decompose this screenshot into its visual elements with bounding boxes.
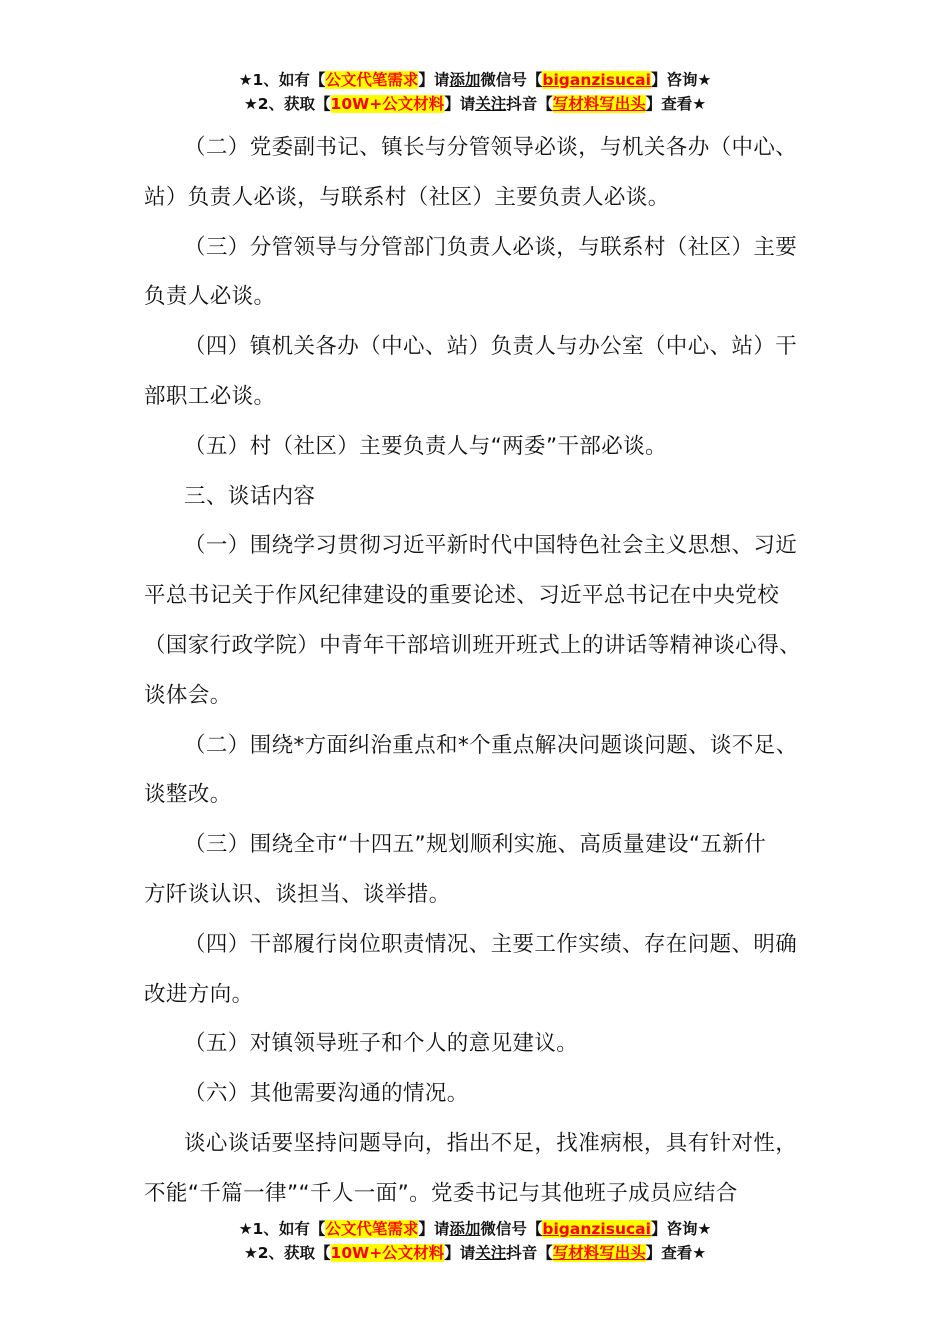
- banner-line-2: ★2、获取【10W+公文材料】请关注抖音【写材料写出头】查看★: [0, 92, 950, 116]
- highlight-materials: 10W+公文材料: [331, 1244, 445, 1262]
- banner-text: ★2、获取【: [244, 95, 331, 113]
- header-banner: ★1、如有【公文代笔需求】请添加微信号【biganzisucai】咨询★ ★2、…: [0, 68, 950, 116]
- banner-text: 微信号【: [480, 1220, 542, 1238]
- banner-line-1: ★1、如有【公文代笔需求】请添加微信号【biganzisucai】咨询★: [0, 1217, 950, 1241]
- banner-text: ★1、如有【: [239, 1220, 326, 1238]
- wechat-id-link[interactable]: biganzisucai: [542, 1220, 651, 1238]
- banner-text: 抖音【: [506, 95, 553, 113]
- document-body: （二）党委副书记、镇长与分管领导必谈，与机关各办（中心、 站）负责人必谈，与联系…: [144, 123, 808, 1219]
- wechat-id-link[interactable]: biganzisucai: [542, 71, 651, 89]
- banner-text: 抖音【: [506, 1244, 553, 1262]
- paragraph-line: 谈整改。: [144, 770, 808, 820]
- paragraph-line: （五）村（社区）主要负责人与“两委”干部必谈。: [144, 422, 808, 472]
- paragraph-line: 谈体会。: [144, 671, 808, 721]
- banner-line-2: ★2、获取【10W+公文材料】请关注抖音【写材料写出头】查看★: [0, 1241, 950, 1265]
- paragraph-line: 方阡谈认识、谈担当、谈举措。: [144, 870, 808, 920]
- underlined-add: 添加: [449, 1220, 480, 1238]
- paragraph-line: （一）围绕学习贯彻习近平新时代中国特色社会主义思想、习近: [144, 521, 808, 571]
- paragraph-line: 负责人必谈。: [144, 272, 808, 322]
- paragraph-line: （四）干部履行岗位职责情况、主要工作实绩、存在问题、明确: [144, 920, 808, 970]
- highlight-materials: 10W+公文材料: [331, 95, 445, 113]
- banner-text: ★2、获取【: [244, 1244, 331, 1262]
- paragraph-line: （三）分管领导与分管部门负责人必谈，与联系村（社区）主要: [144, 223, 808, 273]
- banner-text: 】请: [418, 71, 449, 89]
- underlined-follow: 关注: [475, 95, 506, 113]
- paragraph-line: 部职工必谈。: [144, 372, 808, 422]
- banner-text: 】请: [444, 1244, 475, 1262]
- paragraph-line: （二）围绕*方面纠治重点和*个重点解决问题谈问题、谈不足、: [144, 721, 808, 771]
- banner-text: 】查看★: [646, 1244, 706, 1262]
- banner-line-1: ★1、如有【公文代笔需求】请添加微信号【biganzisucai】咨询★: [0, 68, 950, 92]
- douyin-account-link[interactable]: 写材料写出头: [553, 95, 646, 113]
- banner-text: 】咨询★: [651, 1220, 711, 1238]
- paragraph-line: （五）对镇领导班子和个人的意见建议。: [144, 1019, 808, 1069]
- paragraph-line: 谈心谈话要坚持问题导向，指出不足，找准病根，具有针对性，: [144, 1119, 808, 1169]
- footer-banner: ★1、如有【公文代笔需求】请添加微信号【biganzisucai】咨询★ ★2、…: [0, 1217, 950, 1265]
- paragraph-line: （六）其他需要沟通的情况。: [144, 1069, 808, 1119]
- paragraph-line: （四）镇机关各办（中心、站）负责人与办公室（中心、站）干: [144, 322, 808, 372]
- paragraph-line: （二）党委副书记、镇长与分管领导必谈，与机关各办（中心、: [144, 123, 808, 173]
- banner-text: 微信号【: [480, 71, 542, 89]
- douyin-account-link[interactable]: 写材料写出头: [553, 1244, 646, 1262]
- highlight-ghostwriting: 公文代笔需求: [325, 1220, 418, 1238]
- paragraph-line: （三）围绕全市“十四五”规划顺利实施、高质量建设“五新什: [144, 820, 808, 870]
- paragraph-line: 改进方向。: [144, 970, 808, 1020]
- banner-text: 】请: [418, 1220, 449, 1238]
- banner-text: 】查看★: [646, 95, 706, 113]
- paragraph-line: （国家行政学院）中青年干部培训班开班式上的讲话等精神谈心得、: [144, 621, 808, 671]
- underlined-add: 添加: [449, 71, 480, 89]
- paragraph-line: 站）负责人必谈，与联系村（社区）主要负责人必谈。: [144, 173, 808, 223]
- section-heading: 三、谈话内容: [144, 472, 808, 522]
- paragraph-line: 不能“千篇一律”“千人一面”。党委书记与其他班子成员应结合: [144, 1169, 808, 1219]
- paragraph-line: 平总书记关于作风纪律建设的重要论述、习近平总书记在中央党校: [144, 571, 808, 621]
- banner-text: 】咨询★: [651, 71, 711, 89]
- banner-text: ★1、如有【: [239, 71, 326, 89]
- banner-text: 】请: [444, 95, 475, 113]
- highlight-ghostwriting: 公文代笔需求: [325, 71, 418, 89]
- underlined-follow: 关注: [475, 1244, 506, 1262]
